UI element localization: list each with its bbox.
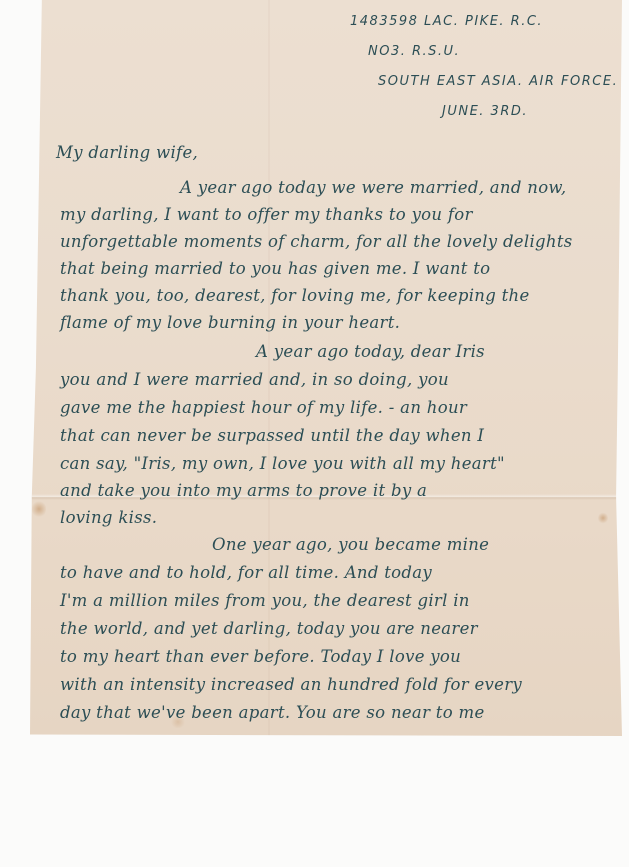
address-service-number: 1483598 LAC. PIKE. R.C. <box>350 14 543 29</box>
letter-line: day that we've been apart. You are so ne… <box>60 703 485 722</box>
salutation: My darling wife, <box>56 143 198 162</box>
letter-line: loving kiss. <box>60 508 157 527</box>
letter-page: 1483598 LAC. PIKE. R.C. NO3. R.S.U. SOUT… <box>30 0 622 736</box>
paper-stain <box>598 512 608 524</box>
letter-line: with an intensity increased an hundred f… <box>60 675 522 694</box>
letter-line: flame of my love burning in your heart. <box>60 313 400 332</box>
letter-line: to have and to hold, for all time. And t… <box>60 563 432 582</box>
letter-line: that can never be surpassed until the da… <box>60 426 484 445</box>
letter-line: One year ago, you became mine <box>212 535 489 554</box>
letter-line: the world, and yet darling, today you ar… <box>60 619 478 638</box>
letter-line: thank you, too, dearest, for loving me, … <box>60 286 530 305</box>
letter-line: and take you into my arms to prove it by… <box>60 481 427 500</box>
letter-line: I'm a million miles from you, the deares… <box>60 591 470 610</box>
address-unit: NO3. R.S.U. <box>368 44 460 59</box>
letter-line: can say, "Iris, my own, I love you with … <box>60 454 505 473</box>
letter-line: A year ago today we were married, and no… <box>180 178 566 197</box>
address-force: SOUTH EAST ASIA. AIR FORCE. <box>378 74 618 89</box>
letter-line: gave me the happiest hour of my life. - … <box>60 398 467 417</box>
letter-line: unforgettable moments of charm, for all … <box>60 232 573 251</box>
letter-line: A year ago today, dear Iris <box>256 342 485 361</box>
letter-date: JUNE. 3RD. <box>442 104 528 119</box>
letter-line: my darling, I want to offer my thanks to… <box>60 205 473 224</box>
letter-line: to my heart than ever before. Today I lo… <box>60 647 461 666</box>
paper-stain <box>32 500 46 518</box>
letter-line: that being married to you has given me. … <box>60 259 490 278</box>
letter-line: you and I were married and, in so doing,… <box>60 370 449 389</box>
